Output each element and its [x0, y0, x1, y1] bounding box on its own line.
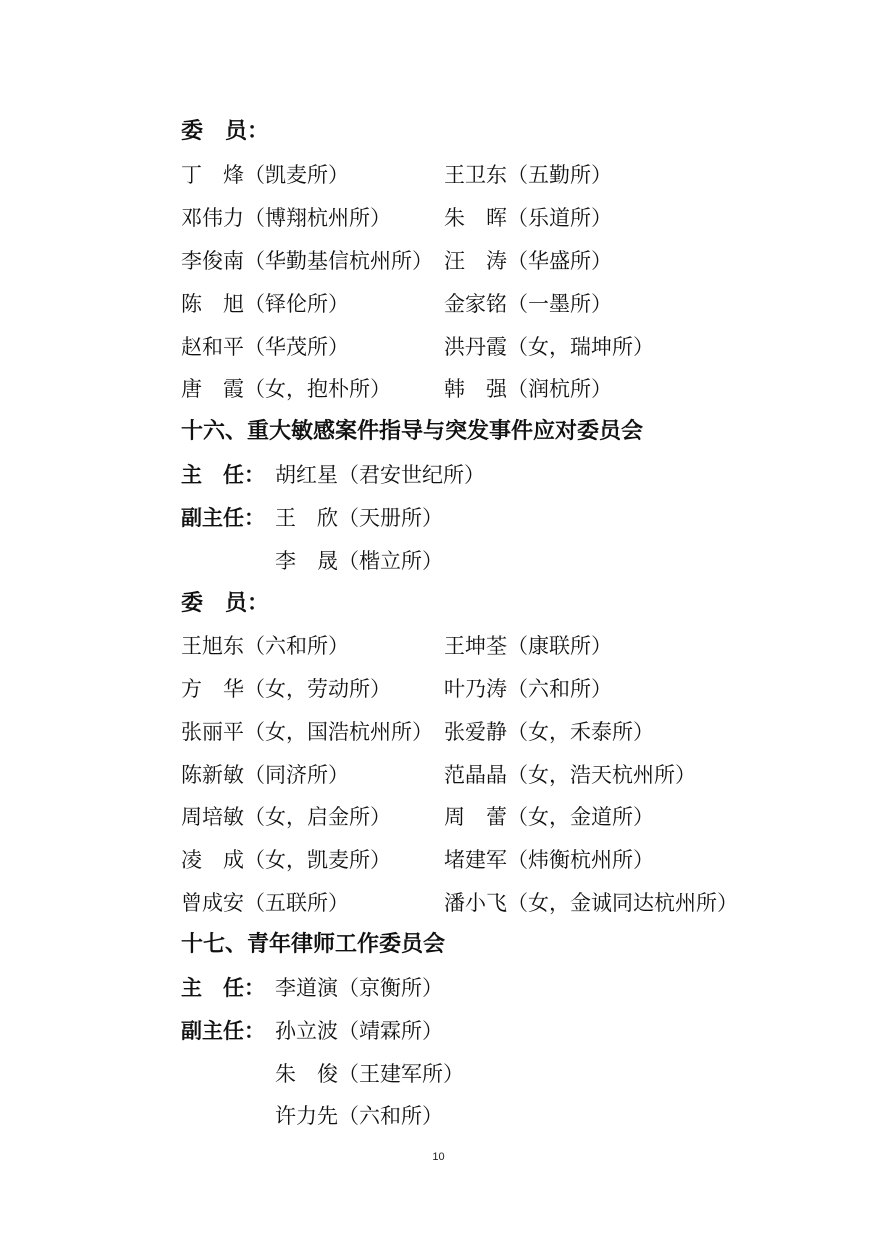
- section-heading: 十七、青年律师工作委员会: [181, 930, 445, 960]
- member-entry: 唐 霞（女，抱朴所）: [181, 377, 391, 401]
- member-row: 周培敏（女，启金所） 周 蕾（女，金道所）: [181, 802, 391, 832]
- member-row: 曾成安（五联所） 潘小飞（女，金诚同达杭州所）: [181, 888, 349, 918]
- member-entry: 王卫东（五勤所）: [444, 160, 612, 190]
- member-entry: 张丽平（女，国浩杭州所）: [181, 720, 433, 744]
- deputy-row: 副主任：孙立波（靖霖所）: [181, 1016, 443, 1046]
- page-number: 10: [0, 1151, 877, 1163]
- member-entry: 凌 成（女，凯麦所）: [181, 848, 391, 872]
- deputy-name: 李 晟（楷立所）: [275, 549, 443, 573]
- director-label: 主 任：: [181, 973, 275, 1003]
- deputy-label: 副主任：: [181, 1016, 275, 1046]
- deputy-row: 朱 俊（王建军所）: [275, 1059, 464, 1089]
- member-entry: 金家铭（一墨所）: [444, 289, 612, 319]
- member-row: 邓伟力（博翔杭州所） 朱 晖（乐道所）: [181, 203, 391, 233]
- member-entry: 韩 强（润杭所）: [444, 374, 612, 404]
- member-entry: 范晶晶（女，浩天杭州所）: [444, 760, 696, 790]
- member-entry: 洪丹霞（女，瑞坤所）: [444, 332, 654, 362]
- member-entry: 王坤荃（康联所）: [444, 631, 612, 661]
- member-row: 唐 霞（女，抱朴所） 韩 强（润杭所）: [181, 374, 391, 404]
- member-row: 凌 成（女，凯麦所） 堵建军（炜衡杭州所）: [181, 845, 391, 875]
- member-row: 陈新敏（同济所） 范晶晶（女，浩天杭州所）: [181, 760, 349, 790]
- member-row: 陈 旭（铎伦所） 金家铭（一墨所）: [181, 289, 349, 319]
- member-entry: 汪 涛（华盛所）: [444, 246, 612, 276]
- member-row: 王旭东（六和所） 王坤荃（康联所）: [181, 631, 349, 661]
- deputy-name: 许力先（六和所）: [275, 1104, 443, 1128]
- deputy-name: 朱 俊（王建军所）: [275, 1062, 464, 1086]
- members-label: 委 员：: [181, 589, 269, 619]
- member-row: 李俊南（华勤基信杭州所） 汪 涛（华盛所）: [181, 246, 433, 276]
- member-entry: 陈 旭（铎伦所）: [181, 292, 349, 316]
- member-entry: 周培敏（女，启金所）: [181, 805, 391, 829]
- member-entry: 方 华（女，劳动所）: [181, 677, 391, 701]
- member-entry: 赵和平（华茂所）: [181, 335, 349, 359]
- director-row: 主 任：李道演（京衡所）: [181, 973, 443, 1003]
- deputy-row: 许力先（六和所）: [275, 1101, 443, 1131]
- deputy-label: 副主任：: [181, 503, 275, 533]
- director-label: 主 任：: [181, 460, 275, 490]
- member-entry: 邓伟力（博翔杭州所）: [181, 206, 391, 230]
- member-row: 赵和平（华茂所） 洪丹霞（女，瑞坤所）: [181, 332, 349, 362]
- member-row: 方 华（女，劳动所） 叶乃涛（六和所）: [181, 674, 391, 704]
- members-label: 委 员：: [181, 117, 269, 147]
- director-row: 主 任：胡红星（君安世纪所）: [181, 460, 485, 490]
- member-row: 张丽平（女，国浩杭州所） 张爱静（女，禾泰所）: [181, 717, 433, 747]
- deputy-name: 孙立波（靖霖所）: [275, 1019, 443, 1043]
- member-entry: 丁 烽（凯麦所）: [181, 163, 349, 187]
- deputy-row: 副主任：王 欣（天册所）: [181, 503, 443, 533]
- member-entry: 张爱静（女，禾泰所）: [444, 717, 654, 747]
- member-entry: 朱 晖（乐道所）: [444, 203, 612, 233]
- deputy-row: 李 晟（楷立所）: [275, 546, 443, 576]
- member-entry: 堵建军（炜衡杭州所）: [444, 845, 654, 875]
- member-entry: 叶乃涛（六和所）: [444, 674, 612, 704]
- member-row: 丁 烽（凯麦所） 王卫东（五勤所）: [181, 160, 349, 190]
- member-entry: 陈新敏（同济所）: [181, 763, 349, 787]
- member-entry: 李俊南（华勤基信杭州所）: [181, 249, 433, 273]
- director-name: 胡红星（君安世纪所）: [275, 463, 485, 487]
- document-page: 委 员： 丁 烽（凯麦所） 王卫东（五勤所） 邓伟力（博翔杭州所） 朱 晖（乐道…: [0, 0, 877, 1240]
- section-heading: 十六、重大敏感案件指导与突发事件应对委员会: [181, 417, 643, 447]
- deputy-name: 王 欣（天册所）: [275, 506, 443, 530]
- member-entry: 王旭东（六和所）: [181, 634, 349, 658]
- member-entry: 曾成安（五联所）: [181, 891, 349, 915]
- member-entry: 潘小飞（女，金诚同达杭州所）: [444, 888, 738, 918]
- member-entry: 周 蕾（女，金道所）: [444, 802, 654, 832]
- director-name: 李道演（京衡所）: [275, 976, 443, 1000]
